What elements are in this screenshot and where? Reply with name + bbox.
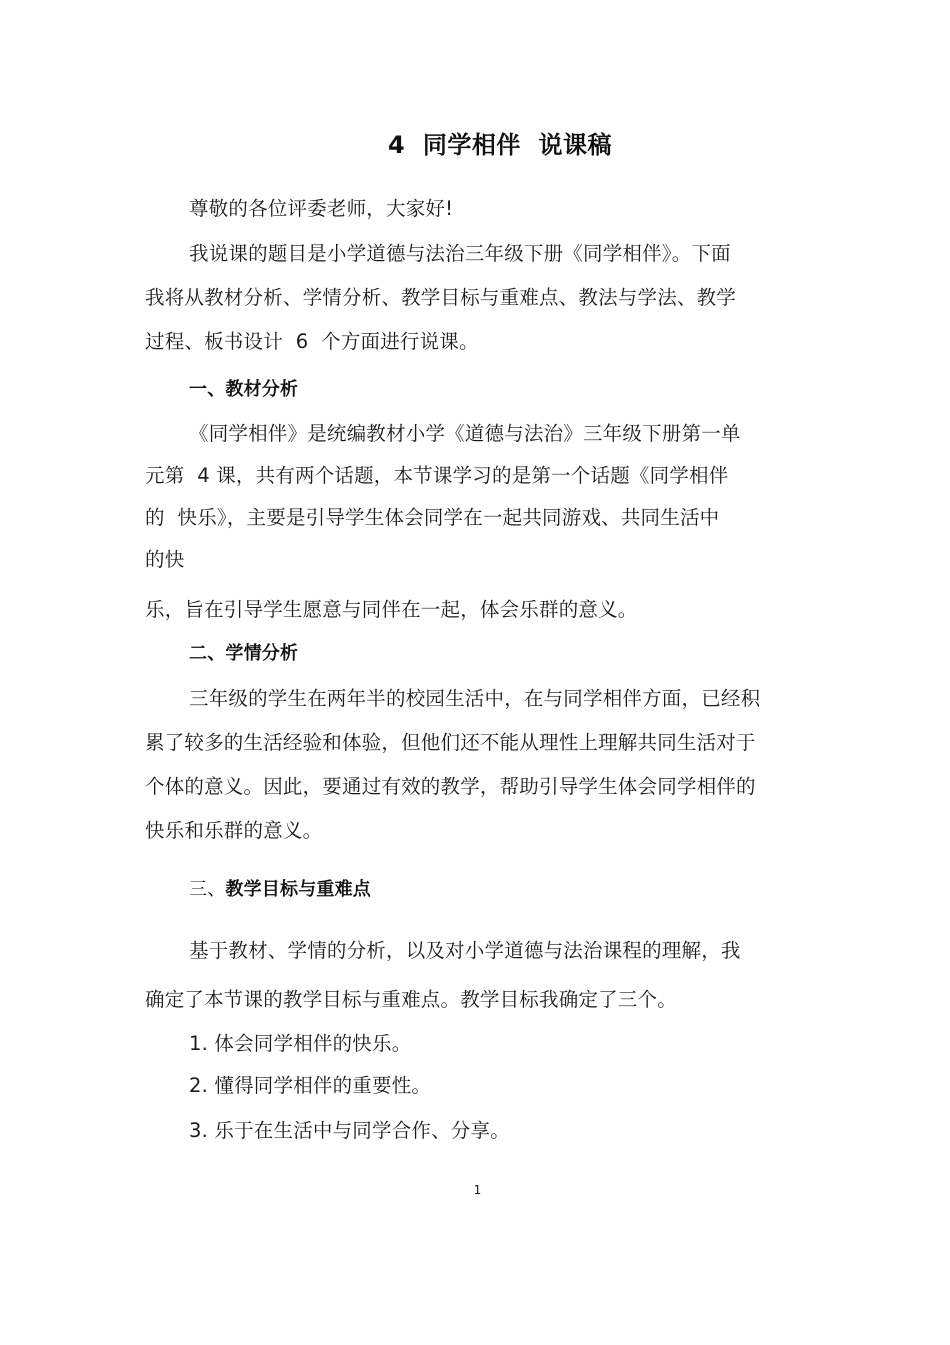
goal-item: 1. 体会同学相伴的快乐。 [189, 1030, 411, 1058]
paragraph-line: 乐，旨在引导学生愿意与同伴在一起，体会乐群的意义。 [145, 596, 638, 624]
goal-item: 3. 乐于在生活中与同学合作、分享。 [189, 1117, 510, 1145]
greeting: 尊敬的各位评委老师，大家好! [189, 195, 453, 223]
heading-text: 教学目标与重难点 [225, 879, 371, 900]
section-heading-student-analysis: 二、学情分析 [189, 640, 298, 668]
paragraph-line: 的快 [145, 546, 184, 574]
paragraph-line: 基于教材、学情的分析，以及对小学道德与法治课程的理解，我 [189, 937, 741, 965]
paragraph-line: 累了较多的生活经验和体验，但他们还不能从理性上理解共同生活对于 [145, 729, 756, 757]
section-heading-textbook-analysis: 一、教材分析 [189, 376, 298, 404]
paragraph-line: 快乐和乐群的意义。 [145, 817, 322, 845]
section-heading-teaching-goals: 三、教学目标与重难点 [189, 876, 371, 904]
intro-line: 我说课的题目是小学道德与法治三年级下册《同学相伴》。下面 [189, 240, 731, 268]
paragraph-line: 元第 4 课，共有两个话题，本节课学习的是第一个话题《同学相伴 [145, 462, 728, 490]
page-number: 1 [0, 1182, 950, 1198]
paragraph-line: 三年级的学生在两年半的校园生活中，在与同学相伴方面，已经积 [189, 685, 760, 713]
intro-line: 我将从教材分析、学情分析、教学目标与重难点、教法与学法、教学 [145, 284, 736, 312]
paragraph-line: 个体的意义。因此，要通过有效的教学，帮助引导学生体会同学相伴的 [145, 773, 756, 801]
document-page: 4 同学相伴 说课稿 尊敬的各位评委老师，大家好! 我说课的题目是小学道德与法治… [0, 0, 950, 1345]
heading-prefix: 三、 [189, 879, 225, 900]
paragraph-line: 确定了本节课的教学目标与重难点。教学目标我确定了三个。 [145, 986, 677, 1014]
paragraph-line: 的 快乐》，主要是引导学生体会同学在一起共同游戏、共同生活中 [145, 504, 719, 532]
goal-item: 2. 懂得同学相伴的重要性。 [189, 1072, 431, 1100]
intro-line: 过程、板书设计 6 个方面进行说课。 [145, 328, 479, 356]
document-title: 4 同学相伴 说课稿 [0, 128, 950, 162]
paragraph-line: 《同学相伴》是统编教材小学《道德与法治》三年级下册第一单 [189, 420, 741, 448]
